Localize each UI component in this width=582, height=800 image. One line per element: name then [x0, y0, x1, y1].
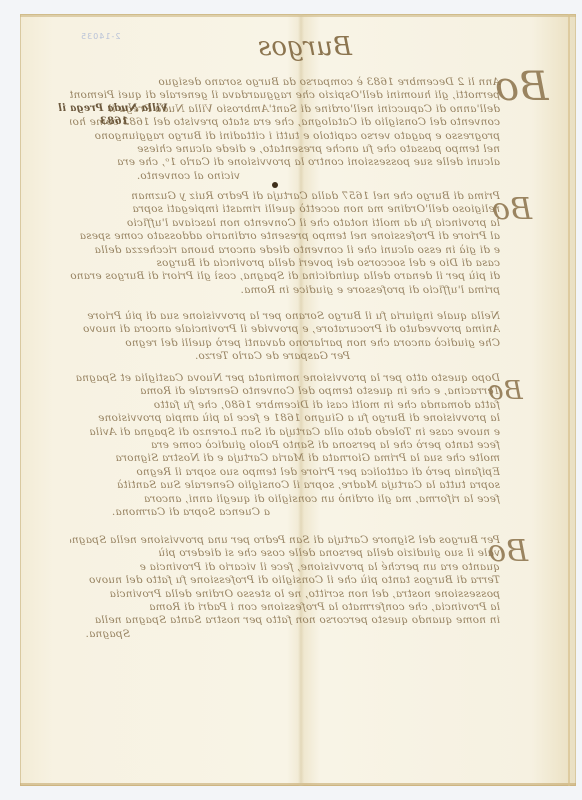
page-heading: Burgos — [240, 32, 370, 62]
text-line: fatta domanda che in molti casi di Dicem… — [70, 399, 500, 412]
text-line: Terra di Burgos tanto più che il Consigl… — [70, 574, 500, 587]
dark-year: 1683 — [100, 115, 129, 128]
text-line: fece la riforma, ma gli ordinò un consig… — [70, 493, 500, 506]
text-line: e nuove case in Toledo dato alla Cartuja… — [70, 426, 500, 439]
manuscript-sheet: 2-14035 Burgos Bo Bo Bo Bo Ann li 2 Dece… — [20, 14, 576, 786]
paragraph-5: Per Burgos del Signore Cartuja di San Pe… — [70, 534, 500, 641]
text-line: vicino al convento. — [70, 170, 500, 183]
text-line: al Priore di Professione nel tempo prese… — [70, 230, 500, 243]
text-line: la Provincia, che confermato la Professi… — [70, 601, 500, 614]
paragraph-2: Prima di Burgo che nel 1657 dalla Cartuj… — [70, 190, 500, 297]
text-line: convento del Consiglio di Catalogna, che… — [70, 116, 500, 129]
text-line: quanto era un perché la provvisione, fec… — [70, 561, 500, 574]
text-line: Dopo questo atto per la provvisione nomi… — [70, 372, 500, 385]
paragraph-4: Dopo questo atto per la provvisione nomi… — [70, 372, 500, 519]
text-line: Terracina, e che in questo tempo del Con… — [70, 385, 500, 398]
text-line: sopra tutta la Cartuja Madre, sopra il C… — [70, 479, 500, 492]
paragraph-1: Ann li 2 Decembre 1683 è comparso da Bur… — [70, 76, 500, 183]
text-line: vale il suo giudizio della persona delle… — [70, 547, 500, 560]
text-line: in nome quando questo percorso non fatto… — [70, 614, 500, 627]
text-line: Prima di Burgo che nel 1657 dalla Cartuj… — [70, 190, 500, 203]
text-line: Per Gaspare de Carlo Terzo. — [70, 350, 500, 363]
text-line: pernotti, gli huomini dell'Ospizio che r… — [70, 89, 500, 102]
text-line: Per Burgos del Signore Cartuja di San Pe… — [70, 534, 500, 547]
dark-annotation: Villa Nuda Prega il — [58, 102, 168, 115]
text-line: Epifania però di cattolica per Priore de… — [70, 466, 500, 479]
text-line: prima l'ufficio di professore e giudice … — [70, 284, 500, 297]
margin-capital-1: Bo — [495, 64, 548, 110]
text-line: fece tanto però che la persona di Santo … — [70, 439, 500, 452]
ink-blot — [272, 182, 278, 188]
text-line: nel tempo passato che fu anche presentat… — [70, 143, 500, 156]
text-line: possessione nostra, del non scritto, ne … — [70, 588, 500, 601]
text-line: la provvisione di Burgo fu a Giugno 1681… — [70, 412, 500, 425]
paragraph-3: Nella quale ingiuria fu il Burgo Sorano … — [70, 310, 500, 364]
text-line: religioso dell'Ordine ma non accettò que… — [70, 203, 500, 216]
text-line: Anima provveduto di Procuratore, e provv… — [70, 323, 500, 336]
text-line: Che giudicò ancora che non parlarono dav… — [70, 337, 500, 350]
archive-stamp: 2-14035 — [80, 32, 120, 41]
text-line: di più per il denaro della quindicina di… — [70, 270, 500, 283]
text-line: alcuni delle sue possessioni contro la p… — [70, 156, 500, 169]
text-line: casa di Dio e del soccorso dei poveri de… — [70, 257, 500, 270]
text-line: progresso e pagato verso capitolo e tutt… — [70, 130, 500, 143]
text-line: Spagna. — [70, 628, 500, 641]
text-line: Ann li 2 Decembre 1683 è comparso da Bur… — [70, 76, 500, 89]
text-line: la provincia fu da molti notato che il C… — [70, 217, 500, 230]
text-line: molte che sua la Prima Giornata di Maria… — [70, 452, 500, 465]
text-line: e di già in esso alcuni che il convento … — [70, 244, 500, 257]
sheet-right-edge — [568, 14, 570, 786]
text-line: Nella quale ingiuria fu il Burgo Sorano … — [70, 310, 500, 323]
text-line: a Cuenca Sopra di Carmona. — [70, 506, 500, 519]
